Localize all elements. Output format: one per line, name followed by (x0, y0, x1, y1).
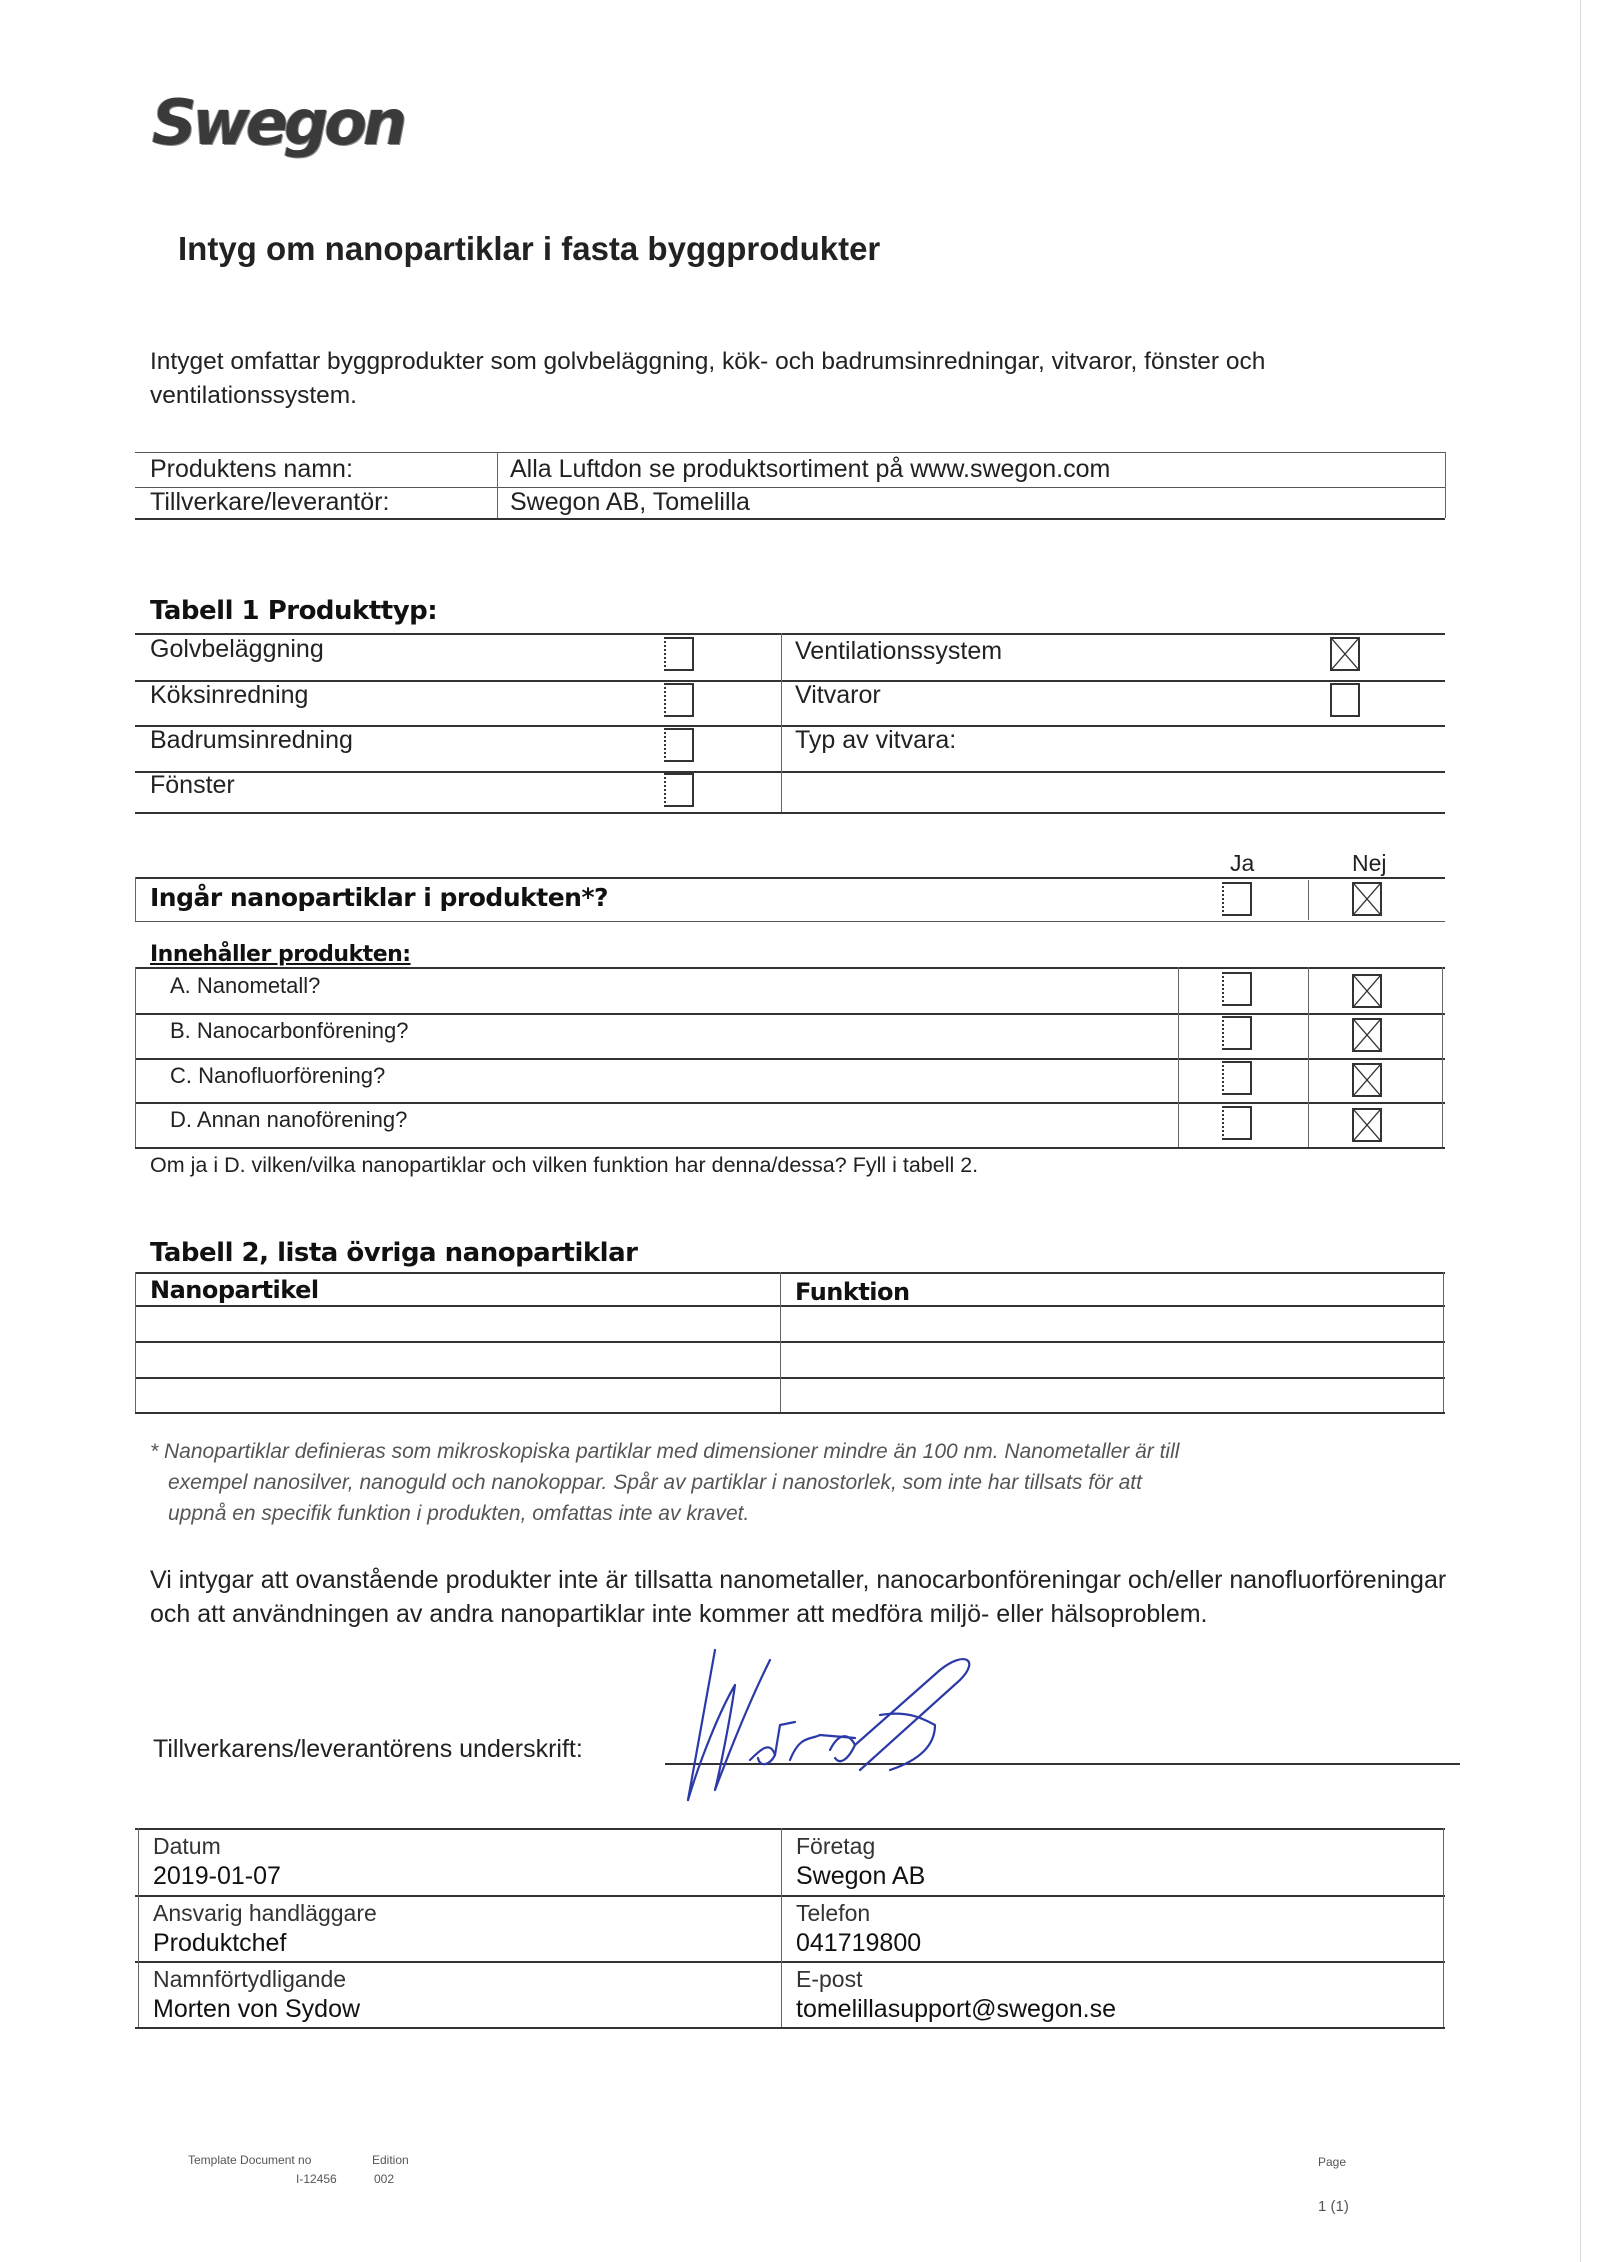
table2-heading: Tabell 2, lista övriga nanopartiklar (150, 1238, 637, 1268)
checkbox-vitvaror[interactable] (1330, 683, 1360, 717)
page-title: Intyg om nanopartiklar i fasta byggprodu… (178, 230, 880, 268)
checkbox-b-ja[interactable] (1222, 1016, 1252, 1050)
col-funktion: Funktion (795, 1278, 910, 1306)
manufacturer-label: Tillverkare/leverantör: (150, 488, 389, 517)
checkbox-question-ja[interactable] (1222, 882, 1252, 916)
phone-value: 041719800 (796, 1929, 921, 1958)
manufacturer-value: Swegon AB, Tomelilla (510, 488, 750, 517)
date-label: Datum (153, 1833, 221, 1860)
swegon-logo: Swegon (152, 86, 403, 159)
table2-cell-funktion-3[interactable] (782, 1379, 1442, 1411)
company-label: Företag (796, 1833, 875, 1860)
check-x-icon (1354, 1110, 1380, 1140)
checkbox-golvbelaggning[interactable] (664, 637, 694, 671)
vitvara-type-label: Typ av vitvara: (795, 726, 956, 755)
table1-heading: Tabell 1 Produkttyp: (150, 596, 437, 626)
checkbox-fonster[interactable] (664, 773, 694, 807)
nano-item-a: A. Nanometall? (170, 973, 320, 999)
product-name-value: Alla Luftdon se produktsortiment på www.… (510, 455, 1110, 484)
table2-cell-nanopartikel-3[interactable] (137, 1379, 778, 1411)
checkbox-a-ja[interactable] (1222, 972, 1252, 1006)
template-doc-label: Template Document no (188, 2153, 311, 2167)
checkbox-badrumsinredning[interactable] (664, 728, 694, 762)
table2-cell-funktion-1[interactable] (782, 1307, 1442, 1340)
check-x-icon (1354, 1020, 1380, 1050)
page-label: Page (1318, 2155, 1346, 2169)
column-ja: Ja (1230, 850, 1254, 877)
checkbox-d-ja[interactable] (1222, 1106, 1252, 1140)
email-label: E-post (796, 1966, 862, 1993)
checkbox-c-ja[interactable] (1222, 1061, 1252, 1095)
name-clarification-value: Morten von Sydow (153, 1995, 360, 2024)
check-x-icon (1354, 884, 1380, 914)
check-x-icon (1354, 1065, 1380, 1095)
edition-number: 002 (374, 2172, 394, 2186)
product-name-label: Produktens namn: (150, 455, 353, 484)
table2-cell-nanopartikel-2[interactable] (137, 1343, 778, 1376)
responsible-label: Ansvarig handläggare (153, 1900, 377, 1927)
product-type-fonster: Fönster (150, 771, 235, 800)
page-number: 1 (1) (1318, 2198, 1349, 2215)
contains-heading: Innehåller produkten: (150, 942, 411, 967)
checkbox-koksinredning[interactable] (664, 683, 694, 717)
signature-label: Tillverkarens/leverantörens underskrift: (153, 1735, 583, 1764)
certification-statement: Vi intygar att ovanstående produkter int… (150, 1563, 1460, 1631)
product-type-vitvaror: Vitvaror (795, 681, 881, 710)
scan-edge-line (1580, 0, 1581, 2262)
date-value: 2019-01-07 (153, 1862, 281, 1891)
footnote: * Nanopartiklar definieras som mikroskop… (150, 1436, 1460, 1529)
company-value: Swegon AB (796, 1862, 925, 1891)
checkbox-ventilationssystem[interactable] (1330, 637, 1360, 671)
followup-text: Om ja i D. vilken/vilka nanopartiklar oc… (150, 1153, 978, 1178)
nano-question: Ingår nanopartiklar i produkten*? (150, 883, 608, 912)
product-type-badrumsinredning: Badrumsinredning (150, 726, 353, 755)
nano-item-d: D. Annan nanoförening? (170, 1107, 407, 1133)
checkbox-c-nej[interactable] (1352, 1063, 1382, 1097)
phone-label: Telefon (796, 1900, 870, 1927)
name-clarification-label: Namnförtydligande (153, 1966, 346, 1993)
edition-label: Edition (372, 2153, 409, 2167)
check-x-icon (1354, 976, 1380, 1006)
template-doc-number: I-12456 (296, 2172, 337, 2186)
table2-cell-nanopartikel-1[interactable] (137, 1307, 778, 1340)
column-nej: Nej (1352, 850, 1387, 877)
email-value: tomelillasupport@swegon.se (796, 1995, 1116, 2024)
nano-item-b: B. Nanocarbonförening? (170, 1018, 409, 1044)
responsible-value: Produktchef (153, 1929, 286, 1958)
product-type-golvbelaggning: Golvbeläggning (150, 635, 324, 664)
check-x-icon (1332, 639, 1358, 669)
nano-item-c: C. Nanofluorförening? (170, 1063, 385, 1089)
checkbox-d-nej[interactable] (1352, 1108, 1382, 1142)
checkbox-a-nej[interactable] (1352, 974, 1382, 1008)
intro-text: Intyget omfattar byggprodukter som golvb… (150, 345, 1450, 413)
product-type-koksinredning: Köksinredning (150, 681, 308, 710)
handwritten-signature (680, 1640, 1120, 1810)
product-type-ventilationssystem: Ventilationssystem (795, 637, 1002, 666)
col-nanopartikel: Nanopartikel (150, 1276, 319, 1304)
checkbox-question-nej[interactable] (1352, 882, 1382, 916)
checkbox-b-nej[interactable] (1352, 1018, 1382, 1052)
table2-cell-funktion-2[interactable] (782, 1343, 1442, 1376)
